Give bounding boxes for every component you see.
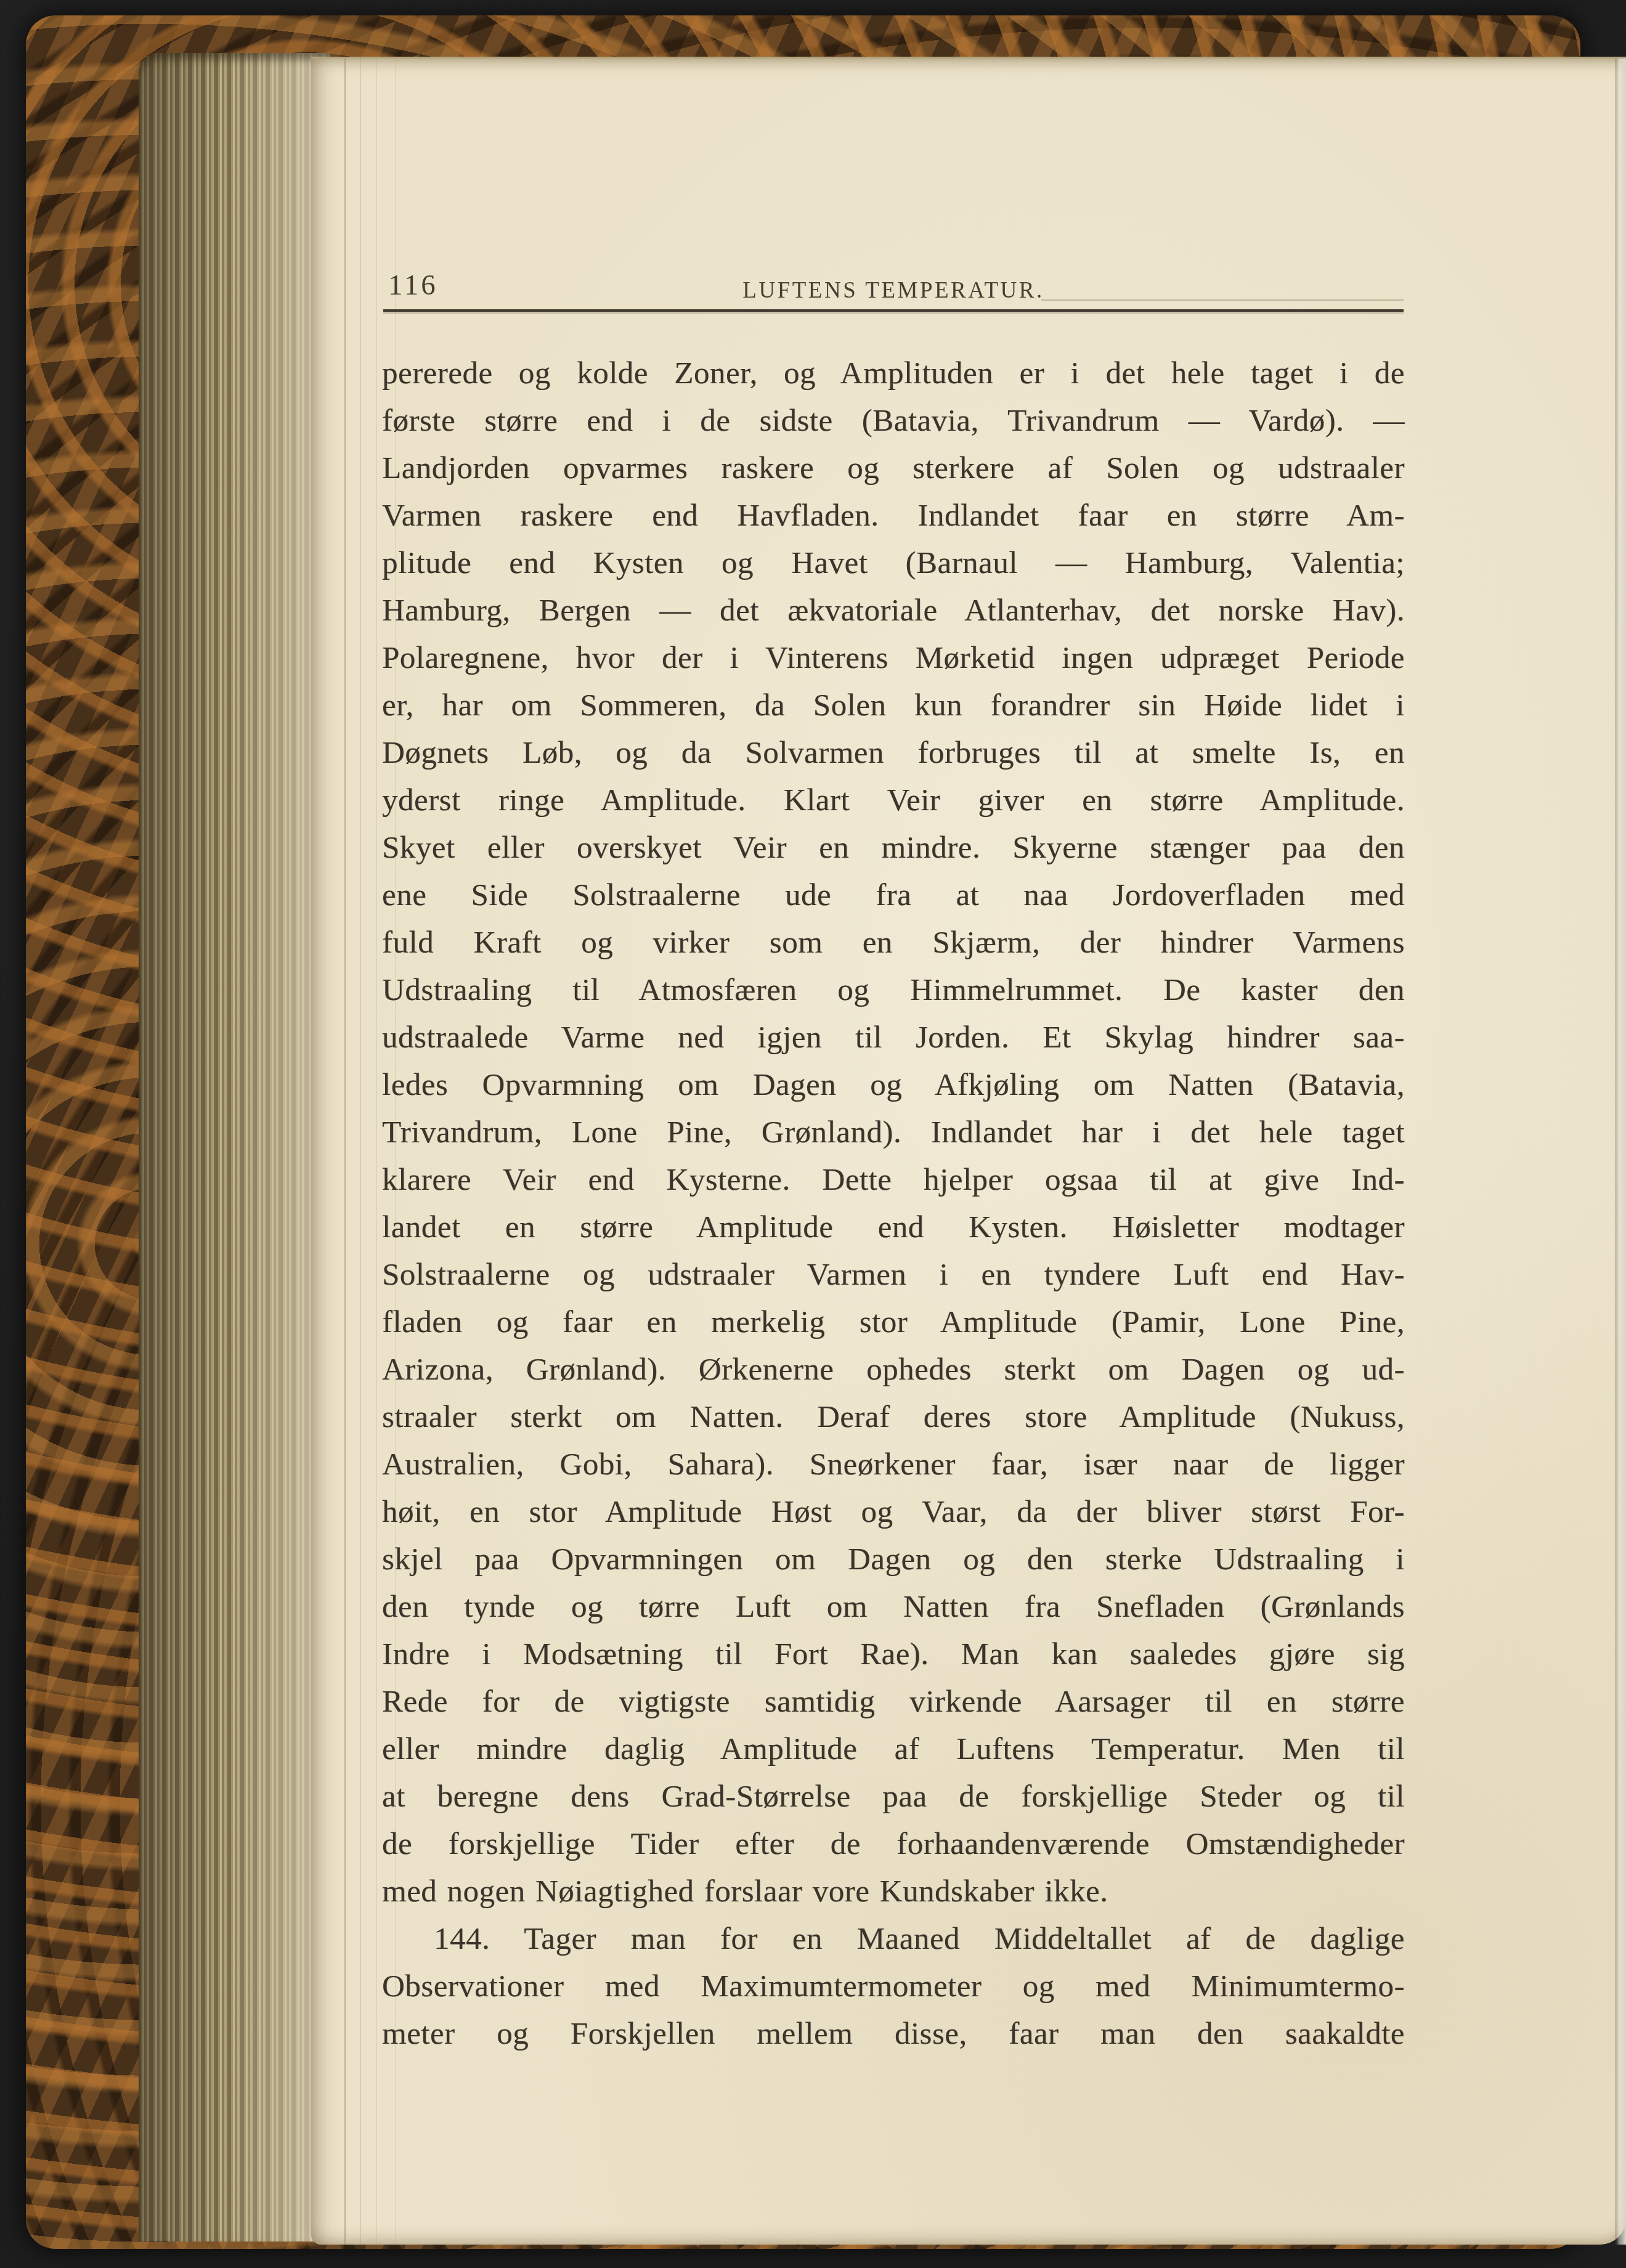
text-line: de forskjellige Tider efter de forhaande… <box>382 1821 1405 1868</box>
page-right-edge <box>1615 59 1626 2245</box>
text-line: første større end i de sidste (Batavia, … <box>382 397 1405 445</box>
text-line-paragraph-end: med nogen Nøiagtighed forslaar vore Kund… <box>382 1868 1405 1916</box>
text-line: fladen og faar en merkelig stor Amplitud… <box>382 1299 1405 1346</box>
text-line: landet en større Amplitude end Kysten. H… <box>382 1204 1405 1251</box>
text-line: fuld Kraft og virker som en Skjærm, der … <box>382 919 1405 967</box>
text-line: Udstraaling til Atmosfæren og Himmelrumm… <box>382 967 1405 1014</box>
text-line: er, har om Sommeren, da Solen kun forand… <box>382 682 1405 730</box>
text-line: den tynde og tørre Luft om Natten fra Sn… <box>382 1583 1405 1631</box>
text-line: ene Side Solstraalerne ude fra at naa Jo… <box>382 872 1405 919</box>
text-line: Indre i Modsætning til Fort Rae). Man ka… <box>382 1631 1405 1678</box>
text-line: straaler sterkt om Natten. Deraf deres s… <box>382 1394 1405 1441</box>
text-line: skjel paa Opvarmningen om Dagen og den s… <box>382 1536 1405 1583</box>
text-line-paragraph-144-start: 144. Tager man for en Maaned Middeltalle… <box>382 1916 1405 1963</box>
text-line: yderst ringe Amplitude. Klart Veir giver… <box>382 777 1405 824</box>
text-line: Solstraalerne og udstraaler Varmen i en … <box>382 1251 1405 1299</box>
text-line: pererede og kolde Zoner, og Amplituden e… <box>382 350 1405 397</box>
text-line: Varmen raskere end Havfladen. Indlandet … <box>382 492 1405 540</box>
text-line: at beregne dens Grad-Størrelse paa de fo… <box>382 1773 1405 1821</box>
header-rule <box>383 309 1404 312</box>
text-line: Polaregnene, hvor der i Vinterens Mørket… <box>382 635 1405 682</box>
text-line: Skyet eller overskyet Veir en mindre. Sk… <box>382 824 1405 872</box>
text-line: Australien, Gobi, Sahara). Sneørkener fa… <box>382 1441 1405 1489</box>
text-line: plitude end Kysten og Havet (Barnaul — H… <box>382 540 1405 587</box>
text-line: eller mindre daglig Amplitude af Luftens… <box>382 1726 1405 1773</box>
text-line: Landjorden opvarmes raskere og sterkere … <box>382 445 1405 492</box>
text-line: Hamburg, Bergen — det ækvatoriale Atlant… <box>382 587 1405 635</box>
text-line: Rede for de vigtigste samtidig virkende … <box>382 1678 1405 1726</box>
page-edges-stack <box>139 53 330 2242</box>
text-line: Trivandrum, Lone Pine, Grønland). Indlan… <box>382 1109 1405 1156</box>
text-line: udstraalede Varme ned igjen til Jorden. … <box>382 1014 1405 1062</box>
scanned-book-photo: 116 LUFTENS TEMPERATUR. pererede og kold… <box>0 0 1626 2268</box>
text-line: høit, en stor Amplitude Høst og Vaar, da… <box>382 1489 1405 1536</box>
text-line: klarere Veir end Kysterne. Dette hjelper… <box>382 1156 1405 1204</box>
text-line: Observationer med Maximumtermometer og m… <box>382 1963 1405 2010</box>
header-hairline <box>1041 299 1404 301</box>
text-line: Døgnets Løb, og da Solvarmen forbruges t… <box>382 730 1405 777</box>
text-line: Arizona, Grønland). Ørkenerne ophedes st… <box>382 1346 1405 1394</box>
body-text: pererede og kolde Zoner, og Amplituden e… <box>382 350 1405 2058</box>
text-line: meter og Forskjellen mellem disse, faar … <box>382 2010 1405 2058</box>
text-line: ledes Opvarmning om Dagen og Afkjøling o… <box>382 1062 1405 1109</box>
